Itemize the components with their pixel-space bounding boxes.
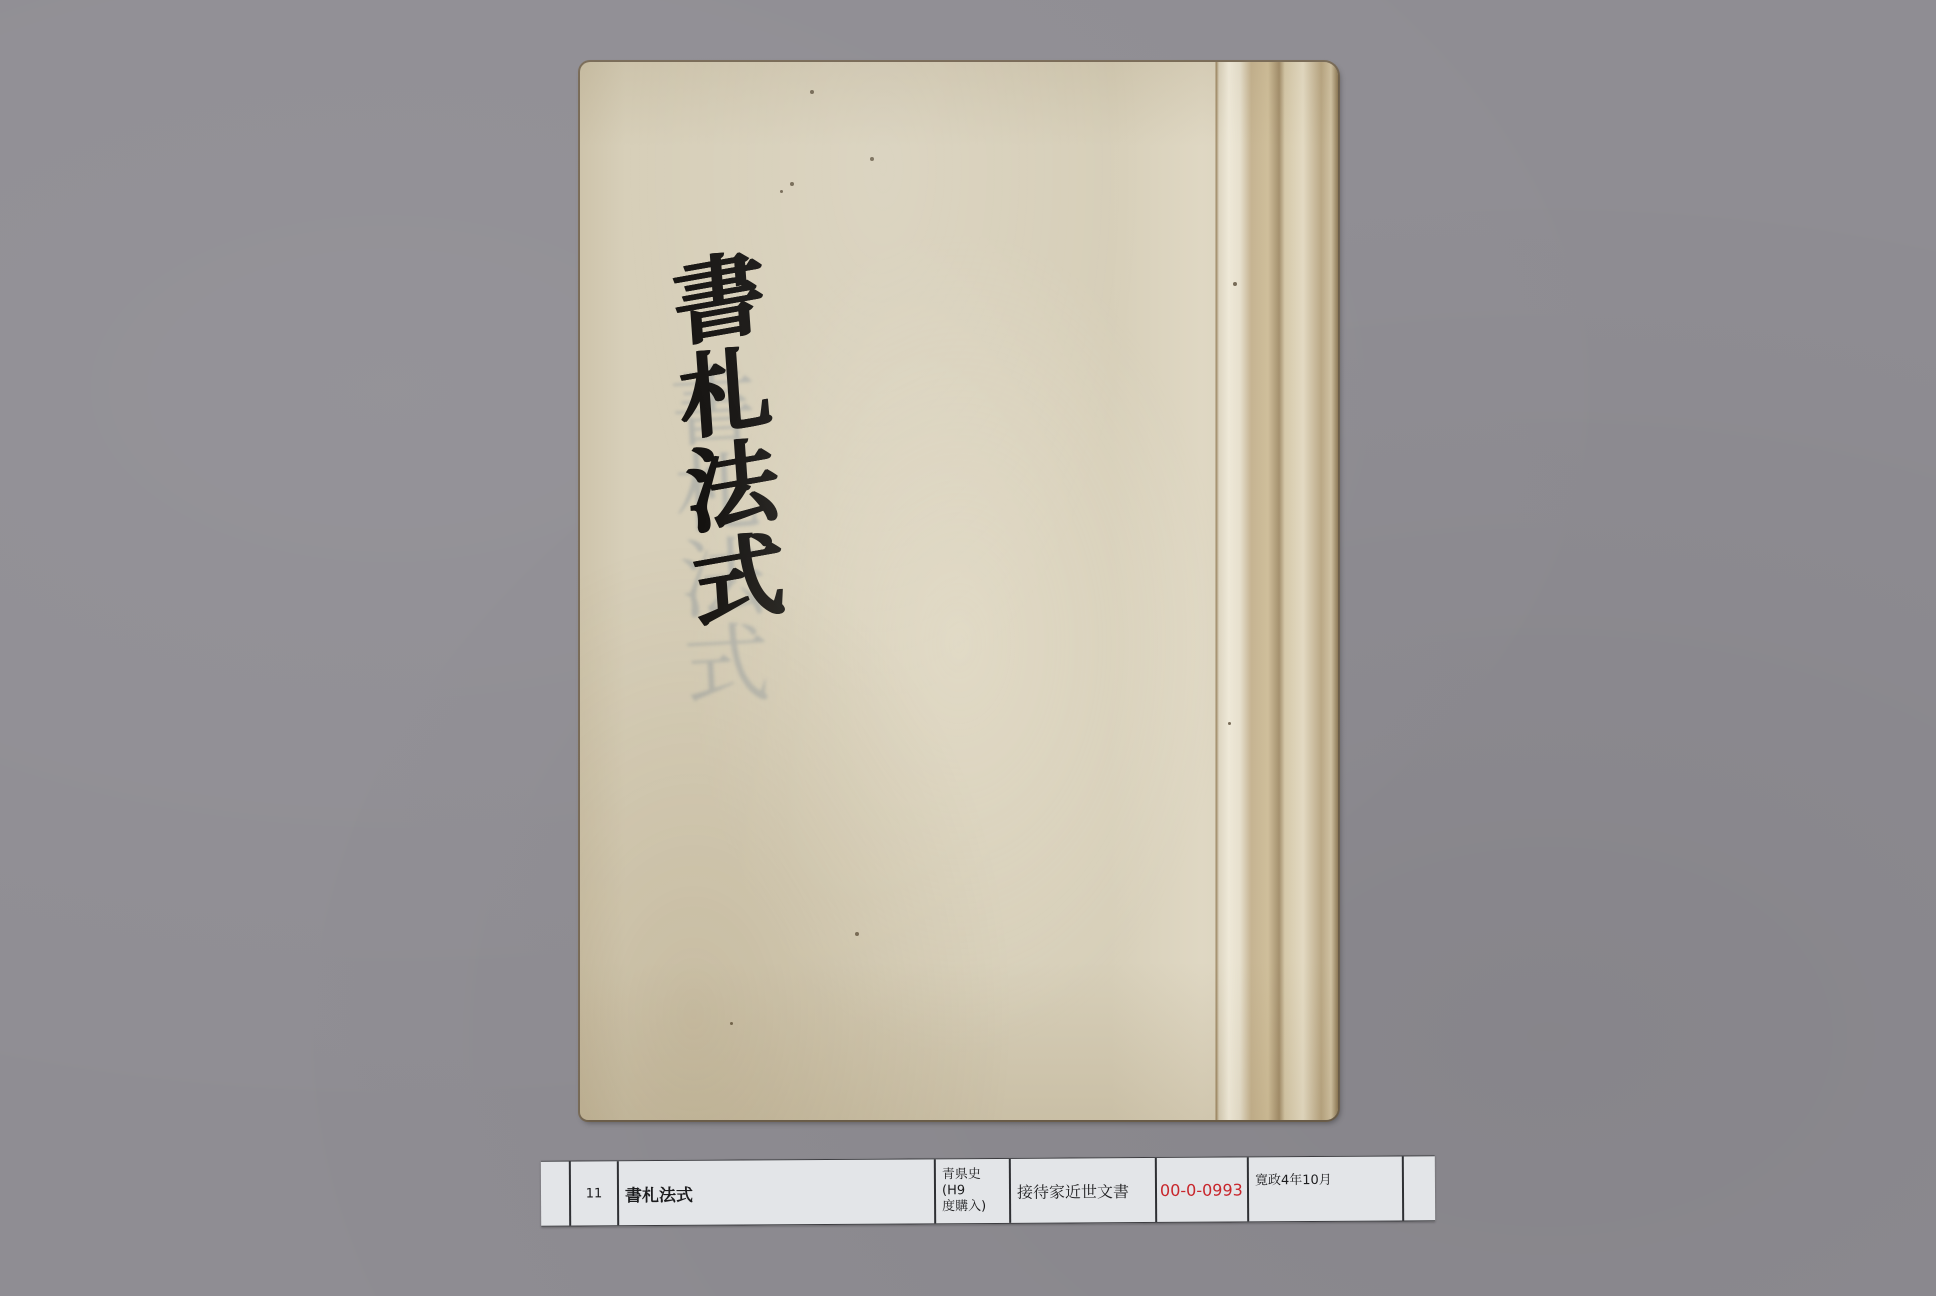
label-date: 寛政4年10月 bbox=[1249, 1156, 1404, 1221]
label-number: 11 bbox=[571, 1161, 619, 1225]
label-blank-left bbox=[541, 1162, 571, 1226]
book-cover: 書札法式 書札法式 bbox=[580, 62, 1338, 1120]
label-catalog-id: 00-0-0993 bbox=[1157, 1157, 1249, 1222]
folded-page-edges bbox=[1198, 62, 1338, 1120]
label-source: 青県史(H9 度購入) bbox=[936, 1159, 1011, 1223]
label-blank-right bbox=[1404, 1156, 1435, 1220]
label-title: 書札法式 bbox=[619, 1159, 936, 1225]
document-photograph: 書札法式 書札法式 11 書札法式 青県史(H9 度購入) 接待家近世文書 00… bbox=[0, 0, 1936, 1296]
label-collection: 接待家近世文書 bbox=[1011, 1158, 1157, 1223]
catalog-label-strip: 11 書札法式 青県史(H9 度購入) 接待家近世文書 00-0-0993 寛政… bbox=[541, 1155, 1435, 1226]
